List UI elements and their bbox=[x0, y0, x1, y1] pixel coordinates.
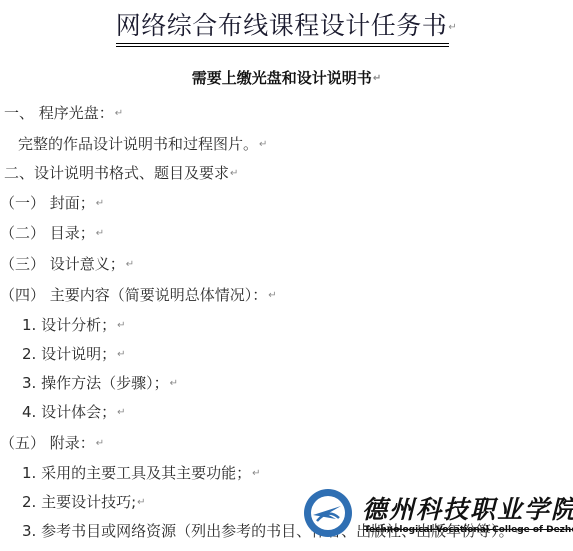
paragraph-mark-icon: ↵ bbox=[170, 378, 178, 389]
paragraph-mark-icon: ↵ bbox=[117, 349, 125, 360]
paragraph-mark-icon: ↵ bbox=[268, 290, 276, 301]
line-text: （三） 设计意义； bbox=[0, 255, 125, 273]
text-line-item-1: （一） 封面；↵ bbox=[0, 192, 104, 213]
paragraph-mark-icon: ↵ bbox=[96, 228, 104, 239]
text-line-item-4-4: 4. 设计体会；↵ bbox=[22, 401, 125, 422]
paragraph-mark-icon: ↵ bbox=[115, 108, 123, 119]
text-line-item-5: （五） 附录：↵ bbox=[0, 432, 104, 453]
line-text: 1. 设计分析； bbox=[22, 316, 116, 334]
line-text: 4. 设计体会； bbox=[22, 403, 116, 421]
paragraph-mark-icon: ↵ bbox=[373, 73, 381, 84]
paragraph-mark-icon: ↵ bbox=[137, 497, 145, 508]
line-text: 2. 主要设计技巧; bbox=[22, 493, 136, 511]
college-name-en: Technological Vocational College of Dezh… bbox=[364, 525, 573, 535]
paragraph-mark-icon: ↵ bbox=[96, 198, 104, 209]
text-line-item-2: （二） 目录；↵ bbox=[0, 222, 104, 243]
line-text: （五） 附录： bbox=[0, 434, 95, 452]
paragraph-mark-icon: ↵ bbox=[117, 407, 125, 418]
line-text: 1. 采用的主要工具及其主要功能； bbox=[22, 464, 251, 482]
text-line-item-5-1: 1. 采用的主要工具及其主要功能；↵ bbox=[22, 462, 260, 483]
paragraph-mark-icon: ↵ bbox=[117, 320, 125, 331]
text-line-sec1: 一、 程序光盘：↵ bbox=[4, 102, 123, 123]
paragraph-mark-icon: ↵ bbox=[259, 139, 267, 150]
paragraph-mark-icon: ↵ bbox=[126, 259, 134, 270]
text-line-sec2: 二、设计说明书格式、题目及要求↵ bbox=[4, 162, 238, 183]
text-line-sec1-body: 完整的作品设计说明书和过程图片。↵ bbox=[18, 133, 267, 154]
line-text: 完整的作品设计说明书和过程图片。 bbox=[18, 135, 258, 153]
text-line-item-3: （三） 设计意义；↵ bbox=[0, 253, 134, 274]
line-text: （二） 目录； bbox=[0, 224, 95, 242]
paragraph-mark-icon: ↵ bbox=[448, 22, 457, 33]
subtitle-text: 需要上缴光盘和设计说明书 bbox=[192, 69, 372, 87]
paragraph-mark-icon: ↵ bbox=[230, 168, 238, 179]
college-logo-icon bbox=[303, 488, 353, 538]
text-line-item-4-3: 3. 操作方法（步骤）；↵ bbox=[22, 372, 178, 393]
text-line-item-4-2: 2. 设计说明；↵ bbox=[22, 343, 125, 364]
text-line-item-4-1: 1. 设计分析；↵ bbox=[22, 314, 125, 335]
document-subtitle: 需要上缴光盘和设计说明书↵ bbox=[0, 67, 573, 88]
text-line-item-5-2: 2. 主要设计技巧;↵ bbox=[22, 491, 146, 512]
title-text: 网络综合布线课程设计任务书 bbox=[116, 11, 448, 40]
document-title: 网络综合布线课程设计任务书↵ bbox=[0, 6, 573, 45]
line-text: 一、 程序光盘： bbox=[4, 104, 114, 122]
line-text: （一） 封面； bbox=[0, 194, 95, 212]
text-line-item-4: （四） 主要内容（简要说明总体情况）：↵ bbox=[0, 284, 277, 305]
college-name-cn: 德州科技职业学院 bbox=[362, 490, 573, 526]
paragraph-mark-icon: ↵ bbox=[252, 468, 260, 479]
line-text: 3. 操作方法（步骤）； bbox=[22, 374, 169, 392]
line-text: 二、设计说明书格式、题目及要求 bbox=[4, 164, 229, 182]
paragraph-mark-icon: ↵ bbox=[96, 438, 104, 449]
line-text: （四） 主要内容（简要说明总体情况）： bbox=[0, 286, 267, 304]
line-text: 2. 设计说明； bbox=[22, 345, 116, 363]
